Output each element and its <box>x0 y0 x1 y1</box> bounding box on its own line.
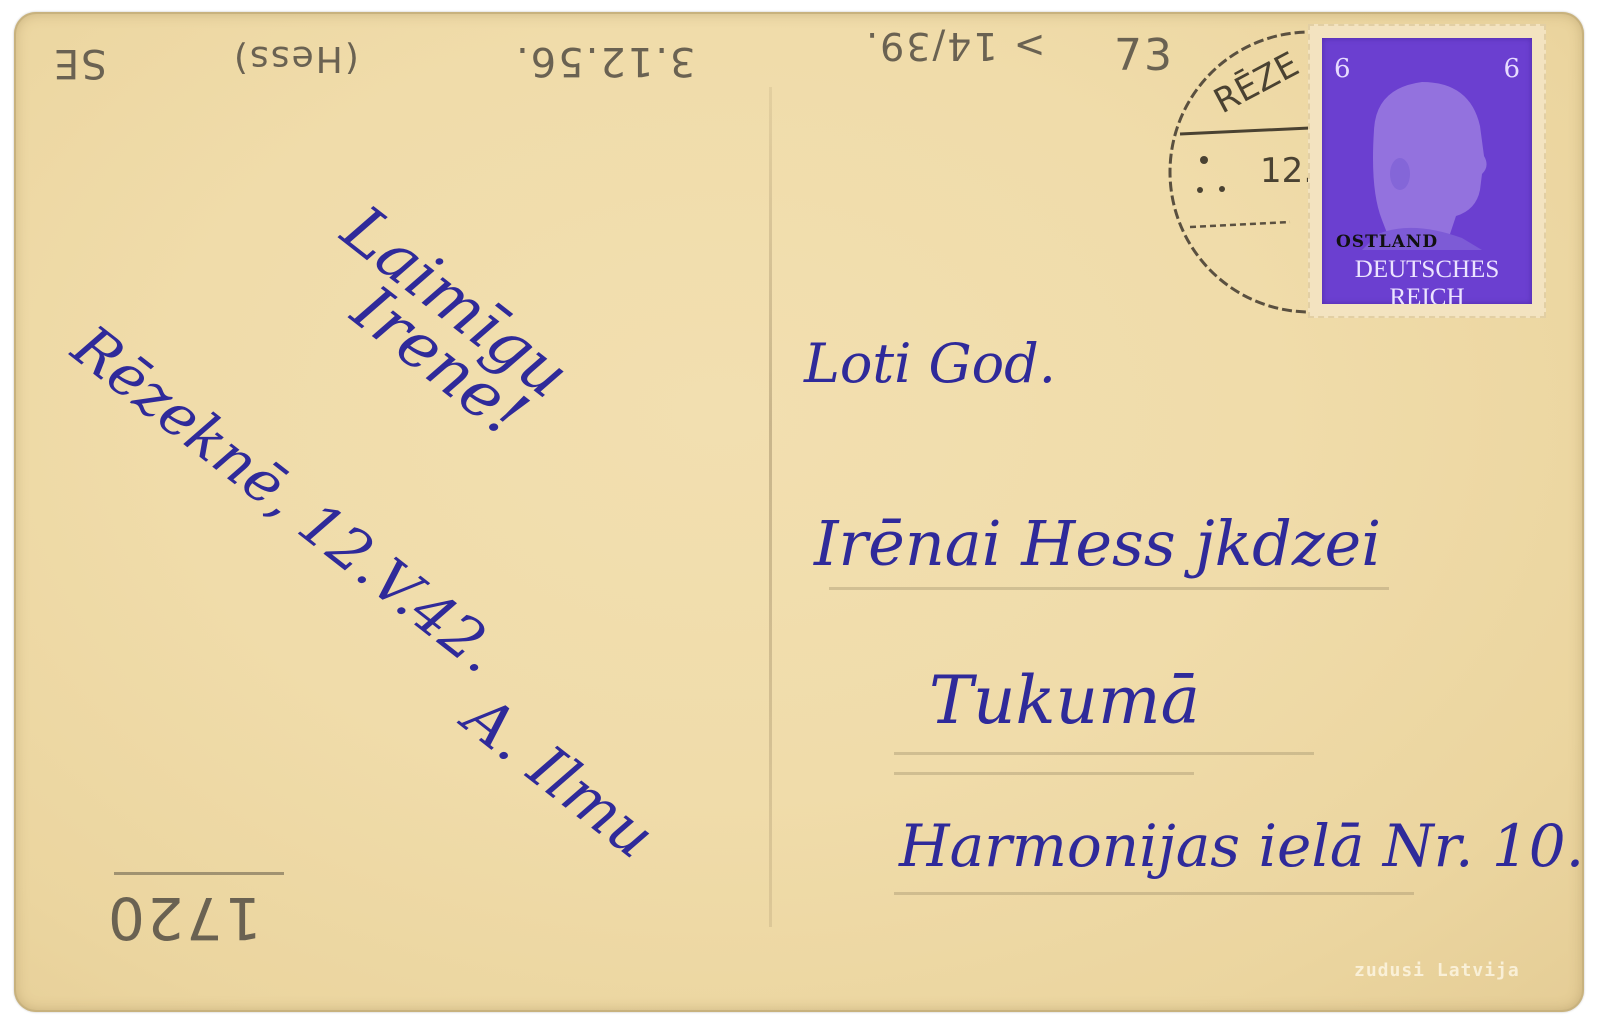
address-city: Tukumā <box>929 662 1200 739</box>
pencil-ref: > 14/39. <box>864 24 1046 68</box>
pencil-underline <box>114 872 284 875</box>
center-divider <box>769 87 772 927</box>
stamp-face: 6 6 OSTLAND DEUTSCHES REICH <box>1322 38 1532 304</box>
message-signature: A. Ilmu <box>451 682 667 873</box>
svg-text:RĒZE: RĒZE <box>1207 44 1305 122</box>
pencil-code: SE <box>52 40 107 86</box>
stamp-value-right: 6 <box>1503 54 1520 84</box>
address-line-1 <box>829 587 1389 590</box>
stamp-country: DEUTSCHES REICH <box>1322 256 1532 304</box>
pencil-name: (Hess) <box>232 38 359 79</box>
pencil-date: 3.12.56. <box>514 38 695 84</box>
portrait-icon <box>1352 70 1492 250</box>
postcard-back: SE (Hess) 3.12.56. > 14/39. 73 1720 Laim… <box>14 12 1584 1012</box>
watermark: zudusi Latvija <box>1354 960 1520 981</box>
address-line-3 <box>894 892 1414 895</box>
postage-stamp: 6 6 OSTLAND DEUTSCHES REICH <box>1308 24 1546 318</box>
pencil-inventory-number: 1720 <box>106 884 262 952</box>
address-recipient: Irēnai Hess jkdzei <box>814 507 1381 580</box>
stamp-value-left: 6 <box>1334 54 1351 84</box>
address-salutation: Loti God. <box>804 332 1056 395</box>
address-street: Harmonijas ielā Nr. 10. <box>899 812 1584 880</box>
address-line-2 <box>894 752 1314 755</box>
stamp-overprint: OSTLAND <box>1336 232 1438 252</box>
address-line-2b <box>894 772 1194 775</box>
